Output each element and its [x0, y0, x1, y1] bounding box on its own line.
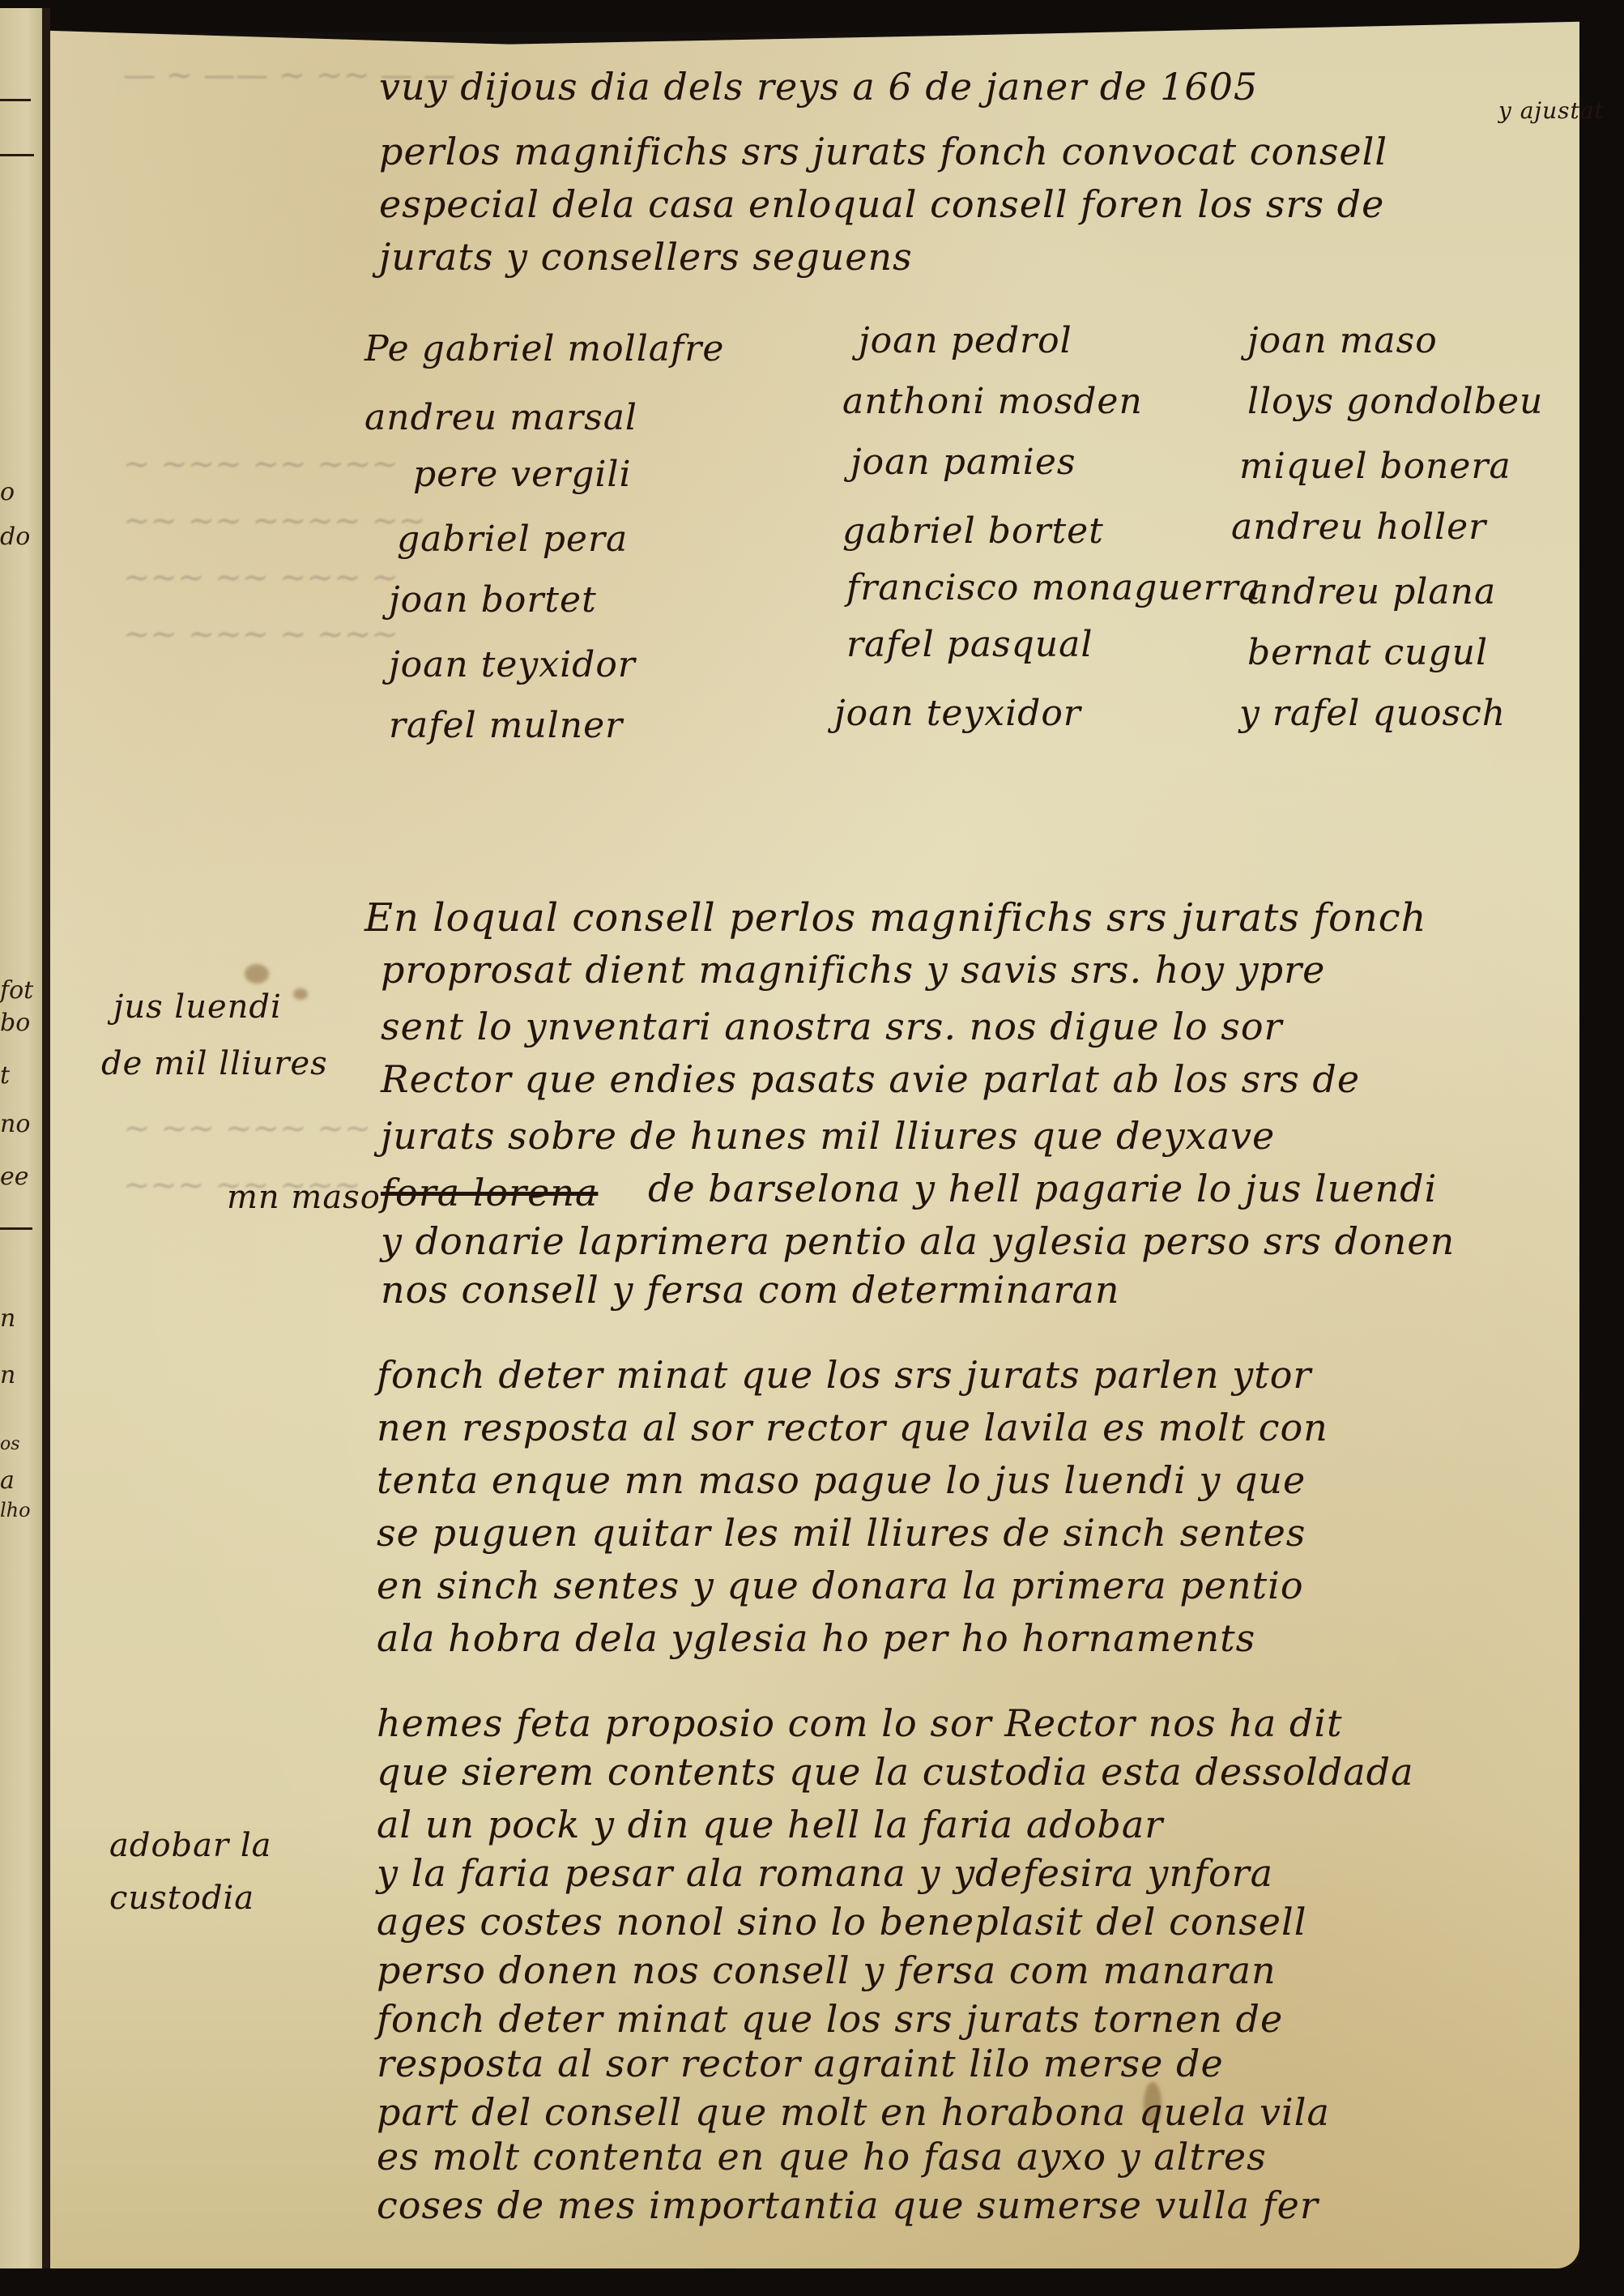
body-line: nos consell y fersa com determinaran	[381, 1268, 1120, 1312]
attendee-name: andreu marsal	[364, 397, 637, 438]
ink-bleed-through: ∽∽∽ ∽∽ ∽∽∽ ∽	[123, 446, 399, 483]
facing-page-fragment: fot	[0, 976, 42, 1005]
body-line: es molt contenta en que ho fasa ayxo y a…	[377, 2135, 1267, 2179]
body-line: al un pock y din que hell la faria adoba…	[377, 1803, 1163, 1846]
facing-page-fragment: do	[0, 523, 42, 551]
body-line: nen resposta al sor rector que lavila es…	[377, 1406, 1328, 1449]
scan-backdrop-bottom	[0, 2264, 1624, 2296]
attendee-name: joan pedrol	[859, 320, 1072, 361]
body-line: fonch deter minat que los srs jurats tor…	[377, 1997, 1283, 2041]
body-line: hemes feta proposio com lo sor Rector no…	[377, 1701, 1343, 1745]
body-line: y la faria pesar ala romana y ydefesira …	[377, 1851, 1273, 1895]
ink-bleed-through: ∽∽∽ ∽ ∽∽∽ ∽∽	[123, 616, 399, 653]
attendee-name: rafel pasqual	[846, 624, 1093, 665]
body-line: En loqual consell perlos magnifichs srs …	[364, 895, 1427, 941]
attendee-name: y rafel quosch	[1239, 693, 1506, 734]
body-line: part del consell que molt en horabona qu…	[377, 2090, 1330, 2134]
body-line: coses de mes importantia que sumerse vul…	[377, 2183, 1319, 2227]
margin-note-line: jus luendi	[113, 988, 282, 1026]
body-line: en sinch sentes y que donara la primera …	[377, 1564, 1304, 1607]
foxing-stain	[293, 988, 308, 1000]
ink-bleed-through: ∽ ∽∽∽ ∽∽ ∽∽∽	[123, 559, 399, 596]
margin-note-line: custodia	[109, 1880, 254, 1917]
attendee-name: andreu plana	[1247, 571, 1496, 612]
attendee-name: miquel bonera	[1239, 446, 1511, 487]
facing-page-fragment: lho	[0, 1499, 42, 1521]
attendee-name: pere vergili	[413, 454, 632, 495]
header-line: perlos magnifichs srs jurats fonch convo…	[379, 130, 1387, 173]
attendee-name: joan maso	[1247, 320, 1438, 361]
attendee-name: gabriel bortet	[842, 510, 1104, 552]
facing-page-fragment: o	[0, 478, 42, 506]
facing-page-fragment: no	[0, 1110, 42, 1138]
struck-text: fora lorena	[381, 1171, 598, 1214]
body-line: Rector que endies pasats avie parlat ab …	[381, 1057, 1360, 1101]
header-line: especial dela casa enloqual consell fore…	[379, 182, 1384, 226]
facing-page-rule	[0, 99, 31, 101]
body-line: resposta al sor rector agraint lilo mers…	[377, 2042, 1224, 2085]
margin-note-line: mn maso	[227, 1179, 381, 1216]
attendee-name: joan pamies	[850, 442, 1076, 483]
ink-bleed-through: ∽∽ ∽∽∽∽ ∽∽ ∽∽	[123, 502, 425, 540]
body-line: ala hobra dela yglesia ho per ho horname…	[377, 1616, 1255, 1660]
margin-note-line: adobar la	[109, 1827, 271, 1864]
body-line: sent lo ynventari anostra srs. nos digue…	[381, 1005, 1283, 1048]
attendee-name: Pe gabriel mollafre	[364, 328, 724, 369]
facing-page-rule	[0, 1227, 32, 1230]
interlinear-insertion: y ajustat	[1498, 97, 1605, 124]
body-line: se puguen quitar les mil lliures de sinc…	[377, 1511, 1306, 1555]
facing-page-fragment: ee	[0, 1163, 42, 1191]
body-line: de barselona y hell pagarie lo jus luend…	[648, 1167, 1437, 1210]
attendee-name: rafel mulner	[389, 705, 623, 746]
attendee-name: bernat cugul	[1247, 632, 1488, 673]
facing-page-rule	[0, 154, 34, 156]
facing-page-edge: o do fot bo t no ee n n os a lho	[0, 8, 45, 2268]
attendee-name: joan teyxidor	[834, 693, 1081, 734]
facing-page-fragment: os	[0, 1434, 42, 1454]
facing-page-fragment: a	[0, 1466, 42, 1495]
ink-bleed-through: ∽∽ ∽∽∽ ∽∽ ∽	[123, 1110, 371, 1147]
body-line: ages costes nonol sino lo beneplasit del…	[377, 1900, 1306, 1944]
attendee-name: joan bortet	[389, 579, 597, 621]
margin-note-line: de mil lliures	[101, 1045, 328, 1082]
body-line: que sierem contents que la custodia esta…	[377, 1750, 1414, 1794]
scan-backdrop-right	[1579, 0, 1624, 2296]
binding-gutter	[42, 8, 50, 2268]
attendee-name: gabriel pera	[397, 519, 628, 560]
attendee-name: lloys gondolbeu	[1247, 381, 1543, 422]
body-line: tenta enque mn maso pague lo jus luendi …	[377, 1458, 1306, 1502]
body-line: perso donen nos consell y fersa com mana…	[377, 1948, 1277, 1992]
facing-page-fragment: n	[0, 1361, 42, 1389]
facing-page-fragment: n	[0, 1304, 42, 1333]
body-line: jurats sobre de hunes mil lliures que de…	[381, 1114, 1275, 1158]
attendee-name: francisco monaguerra	[846, 567, 1261, 608]
facing-page-fragment: t	[0, 1061, 42, 1090]
attendee-name: anthoni mosden	[842, 381, 1143, 422]
body-line: y donarie laprimera pentio ala yglesia p…	[381, 1219, 1455, 1263]
attendee-name: joan teyxidor	[389, 644, 636, 685]
body-line: proprosat dient magnifichs y savis srs. …	[381, 948, 1325, 992]
header-line: vuy dijous dia dels reys a 6 de janer de…	[379, 65, 1258, 109]
foxing-stain	[245, 964, 269, 984]
body-line: fonch deter minat que los srs jurats par…	[377, 1353, 1311, 1397]
header-line: jurats y consellers seguens	[379, 235, 913, 279]
attendee-name: andreu holler	[1231, 506, 1486, 548]
facing-page-fragment: bo	[0, 1009, 42, 1037]
